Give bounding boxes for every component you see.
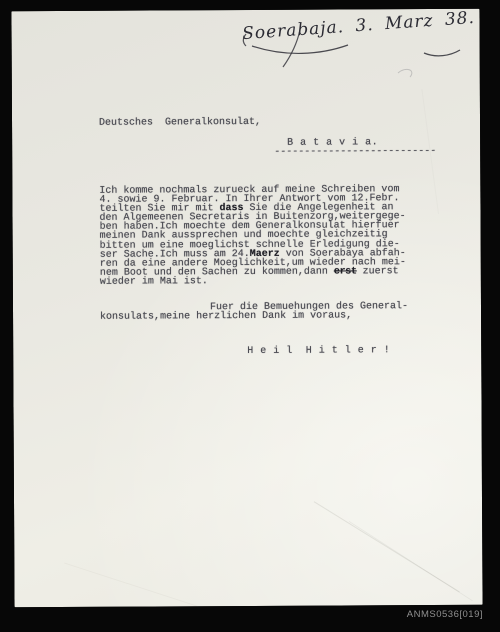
archive-reference-label: ANMS0536[019]	[407, 609, 483, 620]
overtyped-text: erst	[334, 266, 357, 277]
city-underline: ---------------------------	[274, 147, 436, 157]
letter-salutation: H e i l H i t l e r !	[247, 346, 390, 356]
closing-line-2: konsulats,meine herzlichen Dank im vorau…	[100, 311, 352, 321]
scanned-letter-viewport: Deutsches Generalkonsulat, B a t a v i a…	[0, 0, 500, 632]
recipient-name: Deutsches Generalkonsulat,	[99, 118, 261, 128]
typed-text: wieder im Mai ist.	[100, 276, 208, 288]
typed-text: zuerst	[357, 266, 399, 277]
letter-body: Ich komme nochmals zurueck auf meine Sch…	[99, 185, 406, 287]
letter-page: Deutsches Generalkonsulat, B a t a v i a…	[11, 9, 482, 607]
